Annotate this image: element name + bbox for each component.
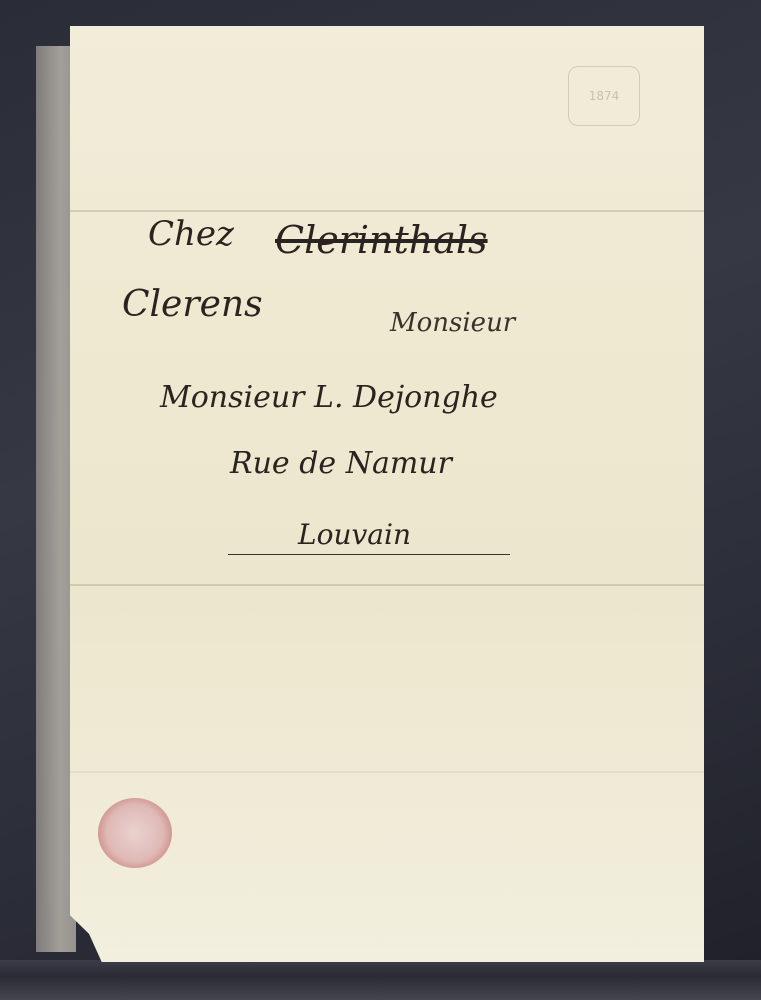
address-struck-name: Clerinthals <box>275 218 488 262</box>
wax-seal <box>98 798 172 868</box>
city-underline <box>228 554 510 555</box>
city: Louvain <box>298 518 411 551</box>
salutation-top: Monsieur <box>390 308 515 338</box>
address-chez: Chez <box>148 214 234 254</box>
recipient-name: Monsieur L. Dejonghe <box>160 380 498 415</box>
sleeve-bottom-edge <box>0 960 761 1000</box>
letter-sheet: 1874 Chez Clerinthals Clerens Monsieur M… <box>70 26 704 962</box>
fold-line <box>70 771 704 773</box>
address-replacement-name: Clerens <box>122 284 263 325</box>
fold-line <box>70 584 704 586</box>
street-address: Rue de Namur <box>230 446 452 481</box>
embossed-stamp: 1874 <box>568 66 640 126</box>
fold-line <box>70 210 704 212</box>
